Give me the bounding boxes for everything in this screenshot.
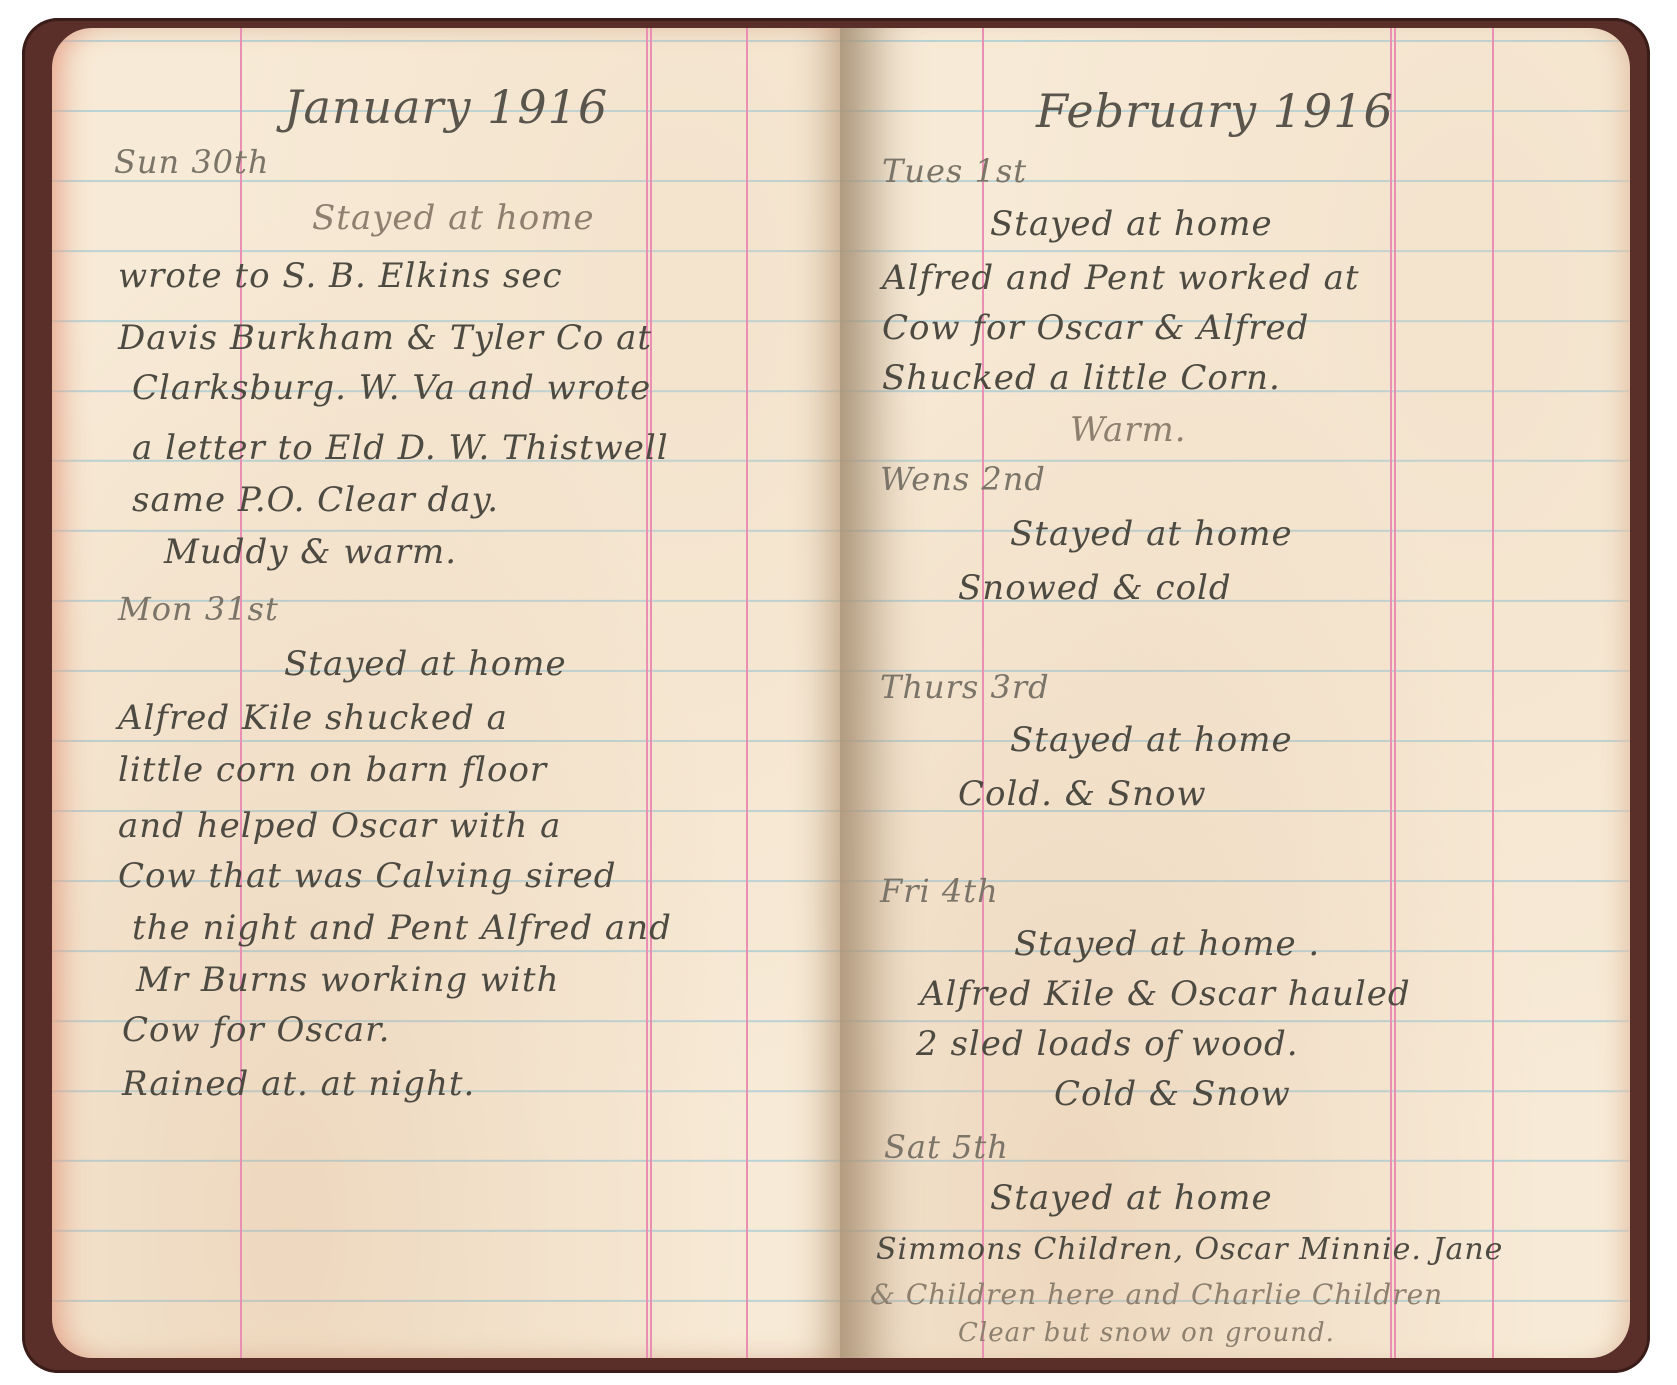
entry-line: the night and Pent Alfred and: [132, 908, 672, 948]
entry-line: Stayed at home: [284, 644, 567, 684]
entry-line: Rained at. at night.: [122, 1064, 475, 1104]
entry-line: wrote to S. B. Elkins sec: [118, 256, 563, 296]
entry-line: same P.O. Clear day.: [132, 480, 499, 520]
entry-line: Stayed at home .: [1014, 924, 1320, 964]
entry-line: Clear but snow on ground.: [958, 1318, 1335, 1348]
entry-line: Snowed & cold: [958, 568, 1232, 608]
entry-line: Cold & Snow: [1054, 1074, 1291, 1114]
entry-line: little corn on barn floor: [118, 750, 547, 790]
entry-date: Thurs 3rd: [880, 668, 1050, 706]
entry-line: & Children here and Charlie Children: [870, 1278, 1443, 1311]
entry-line: Davis Burkham & Tyler Co at: [118, 318, 652, 358]
column-rule: [1390, 28, 1396, 1358]
month-heading: January 1916: [284, 80, 608, 134]
entry-line: 2 sled loads of wood.: [916, 1024, 1299, 1064]
margin-rule: [240, 28, 242, 1358]
column-rule: [746, 28, 748, 1358]
entry-line: Stayed at home: [312, 198, 595, 238]
right-page: February 1916 Tues 1st Stayed at home Al…: [840, 28, 1630, 1358]
entry-line: Stayed at home: [1010, 514, 1293, 554]
entry-date: Sun 30th: [114, 143, 270, 181]
month-heading: February 1916: [1036, 84, 1394, 138]
entry-line: Clarksburg. W. Va and wrote: [132, 368, 651, 408]
entry-line: Simmons Children, Oscar Minnie. Jane: [876, 1232, 1503, 1267]
entry-line: Muddy & warm.: [164, 532, 457, 572]
column-rule: [646, 28, 652, 1358]
entry-line: Stayed at home: [990, 204, 1273, 244]
entry-line: Warm.: [1070, 410, 1187, 450]
entry-line: Stayed at home: [1010, 720, 1293, 760]
entry-line: Stayed at home: [990, 1178, 1273, 1218]
entry-line: and helped Oscar with a: [118, 806, 561, 846]
entry-line: Cow that was Calving sired: [118, 856, 617, 896]
entry-date: Fri 4th: [880, 872, 999, 910]
entry-date: Mon 31st: [118, 590, 279, 628]
entry-line: Mr Burns working with: [136, 960, 559, 1000]
entry-line: Alfred and Pent worked at: [882, 258, 1360, 298]
left-page: January 1916 Sun 30th Stayed at home wro…: [52, 28, 842, 1358]
entry-line: Cow for Oscar & Alfred: [882, 308, 1309, 348]
entry-date: Wens 2nd: [880, 460, 1046, 498]
entry-line: Alfred Kile & Oscar hauled: [920, 974, 1411, 1014]
entry-line: a letter to Eld D. W. Thistwell: [132, 428, 669, 468]
entry-line: Shucked a little Corn.: [882, 358, 1281, 398]
entry-date: Tues 1st: [882, 152, 1027, 190]
entry-line: Cow for Oscar.: [122, 1010, 390, 1050]
entry-line: Cold. & Snow: [958, 774, 1207, 814]
column-rule: [1492, 28, 1494, 1358]
entry-date: Sat 5th: [884, 1128, 1009, 1166]
open-diary: January 1916 Sun 30th Stayed at home wro…: [22, 18, 1650, 1373]
entry-line: Alfred Kile shucked a: [118, 698, 508, 738]
